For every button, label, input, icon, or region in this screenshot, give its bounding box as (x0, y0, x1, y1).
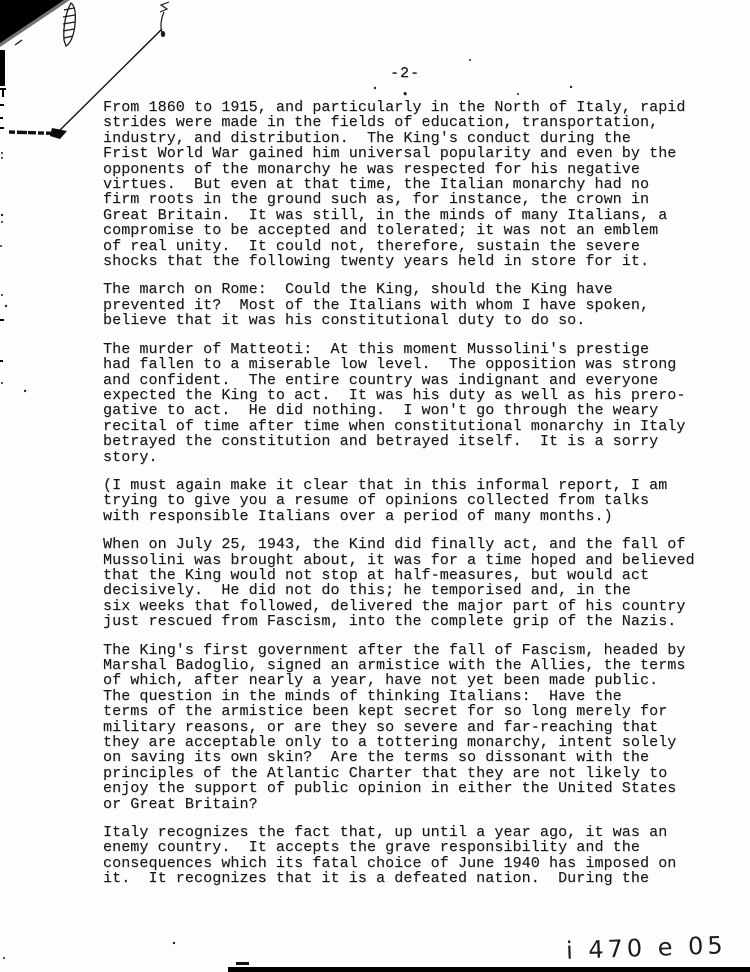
pencil-scribble-artifact (63, 3, 75, 46)
scan-smudge-blob (50, 128, 67, 139)
page-number: -2- (103, 66, 707, 81)
scan-corner-fold-shadow (0, 0, 70, 47)
paragraph-industrial-progress: From 1860 to 1915, and particularly in t… (103, 100, 707, 269)
bottom-scan-bar-artifact (228, 967, 750, 972)
paragraph-informal-report-note: (I must again make it clear that in this… (103, 478, 707, 524)
paragraph-murder-of-matteoti: The murder of Matteoti: At this moment M… (103, 342, 707, 465)
paragraph-badoglio-armistice: The King's first government after the fa… (103, 643, 707, 812)
scan-corner-fold-artifact (0, 0, 64, 43)
typewritten-text-block: -2- • From 1860 to 1915, and particularl… (103, 66, 707, 900)
tick-mark-artifact (15, 40, 22, 45)
paragraph-july-25-1943: When on July 25, 1943, the Kind did fina… (103, 537, 707, 629)
left-edge-marks (0, 50, 6, 362)
pen-mark-artifact (160, 2, 169, 37)
scanned-document-page: -2- • From 1860 to 1915, and particularl… (0, 0, 750, 972)
paragraph-italy-recognizes: Italy recognizes the fact that, up until… (103, 825, 707, 887)
bottom-scan-speck (236, 962, 249, 965)
paragraph-march-on-rome: The march on Rome: Could the King, shoul… (103, 282, 707, 328)
scan-smudge-line (9, 132, 58, 134)
handwritten-note: i 470 e 05 (566, 931, 728, 965)
